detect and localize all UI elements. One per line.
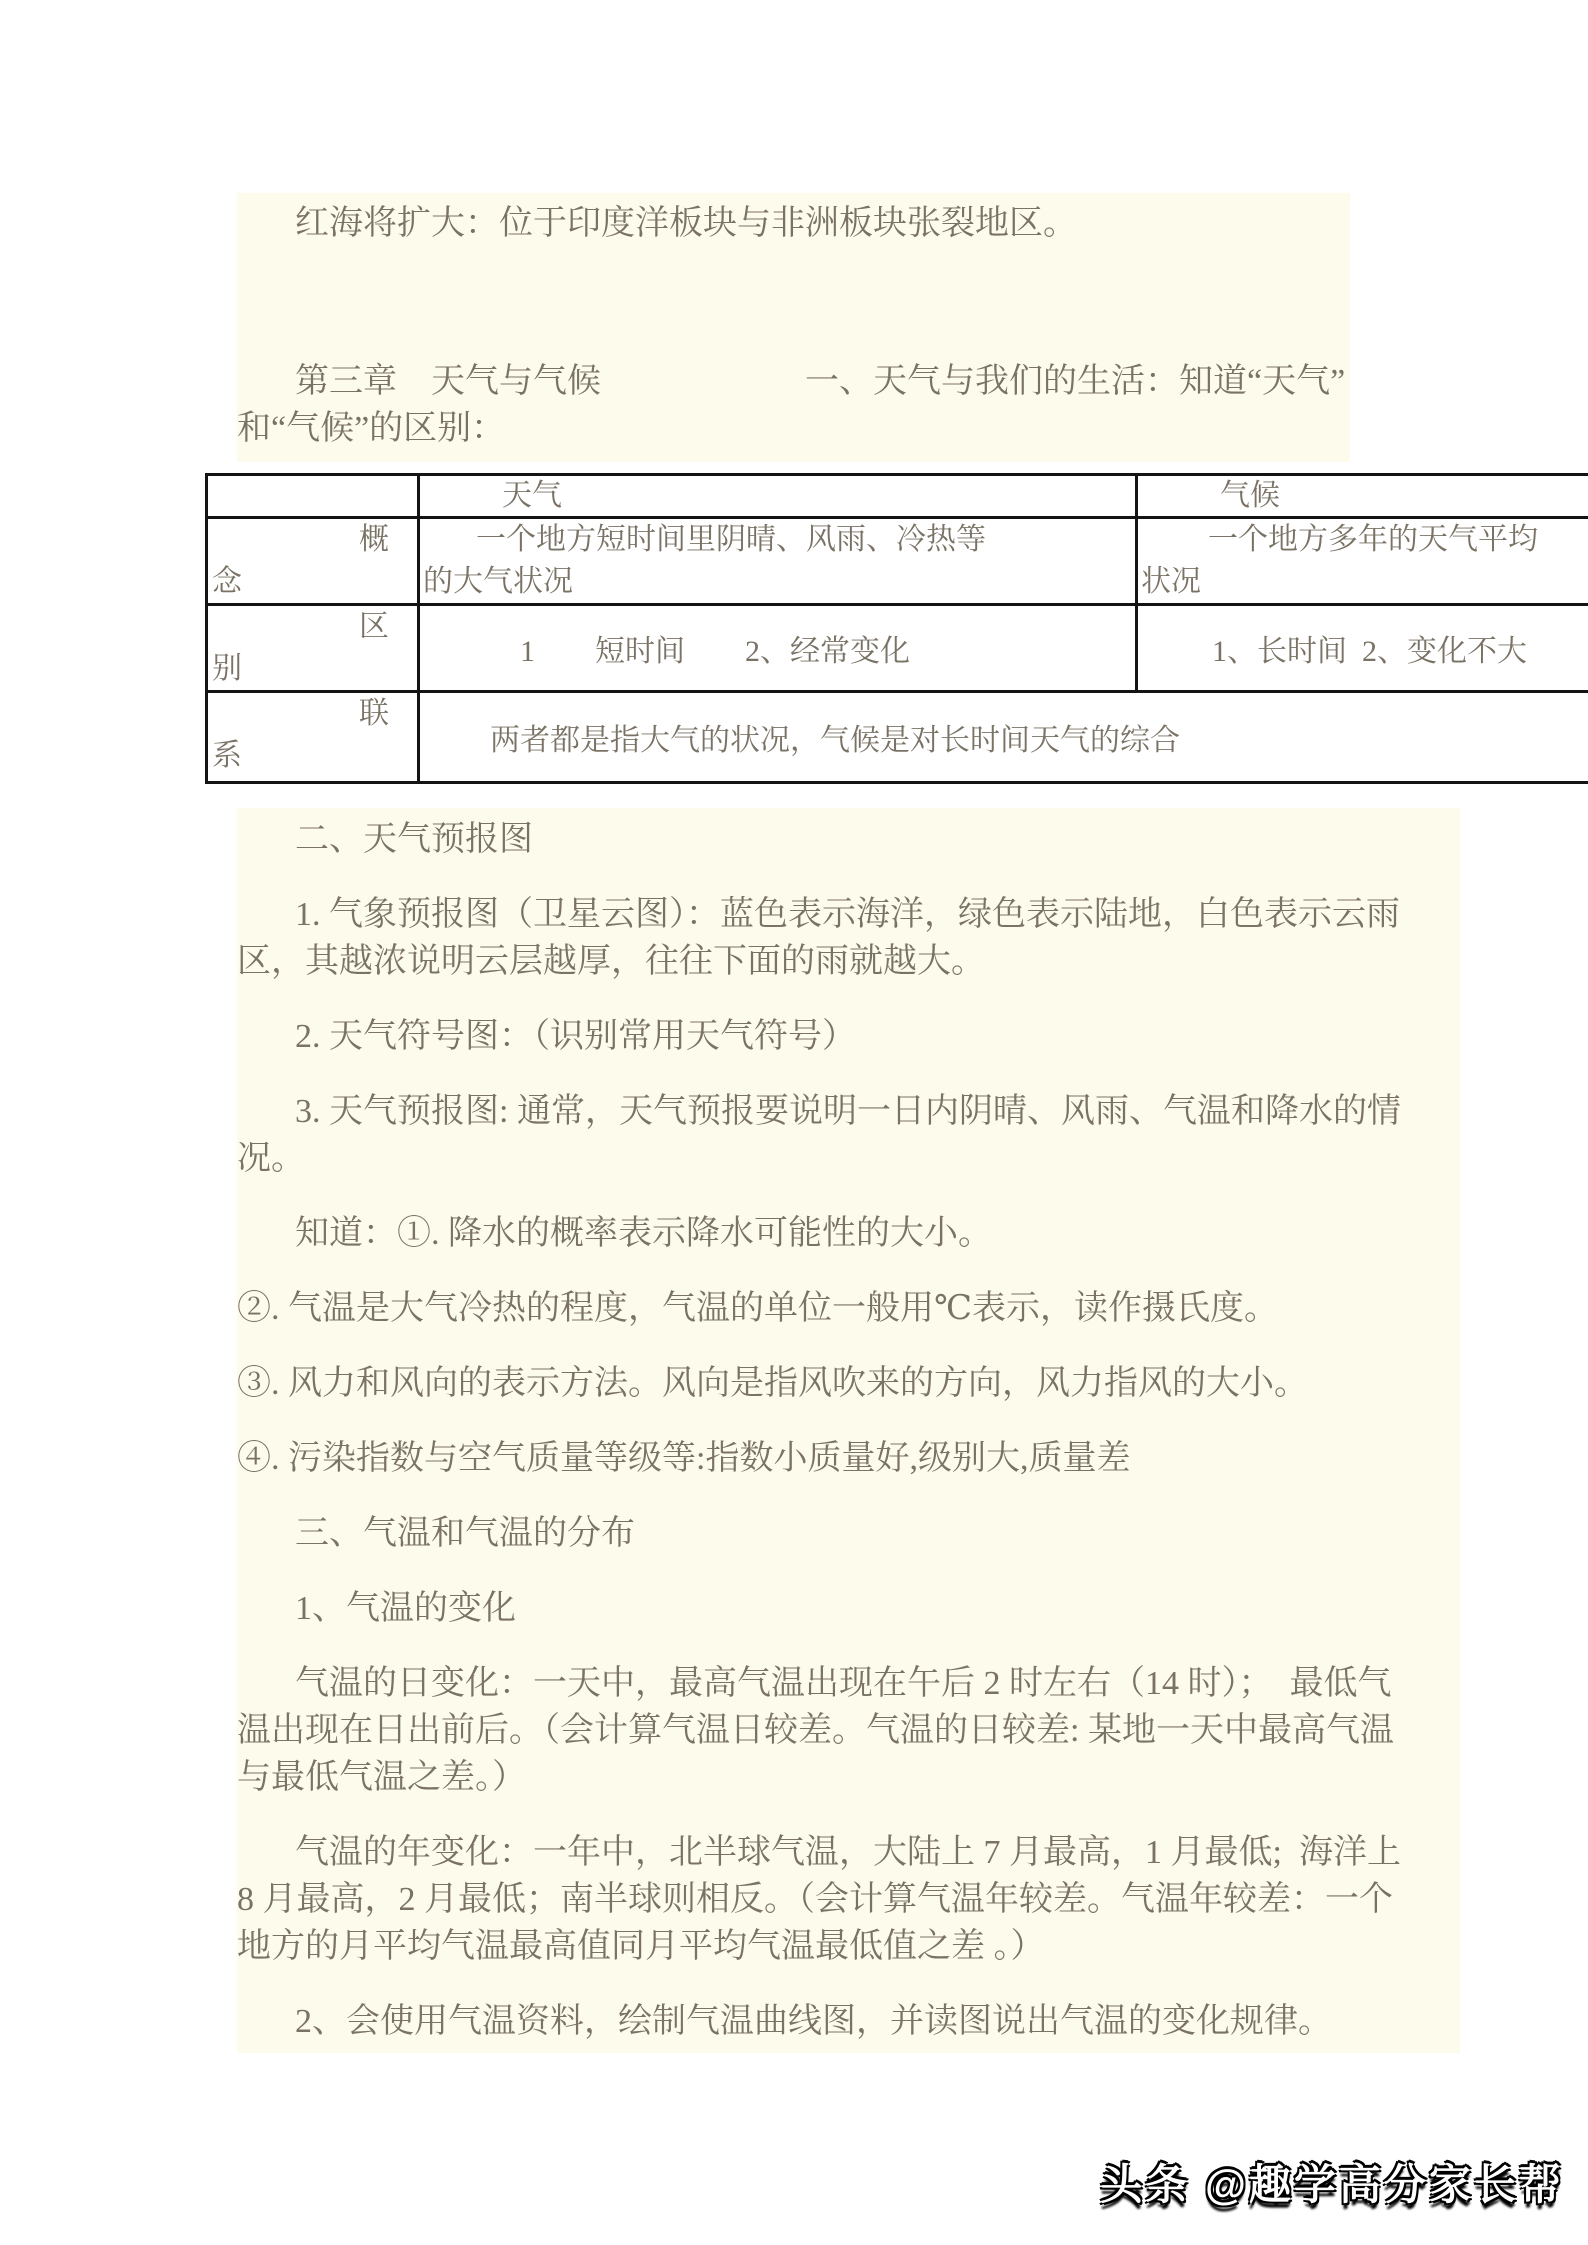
paragraph-red-sea: 红海将扩大：位于印度洋板块与非洲板块张裂地区。 [237, 200, 1350, 247]
paragraph-daily-temperature-line1: 气温的日变化：一天中，最高气温出现在午后 2 时左右（14 时）； 最低气 [237, 1660, 1460, 1707]
header-climate-cell: 气候 [1137, 475, 1588, 518]
concept-weather-line2: 的大气状况 [420, 561, 1135, 603]
table-row-difference: 区 别 1 短时间 2、经常变化 1、长时间 2、变化不大 [207, 605, 1588, 692]
paragraph-annual-temperature-line2: 8 月最高，2 月最低；南半球则相反。（会计算气温年较差。气温年较差：一个 [237, 1876, 1460, 1923]
weather-climate-table: 天气 气候 概 念 一个地方短时间里阴晴、风雨、冷热等 的大气状况 一个地方多年… [205, 473, 1588, 784]
paragraph-annual-temperature-line1: 气温的年变化：一年中，北半球气温，大陆上 7 月最高，1 月最低; 海洋上 [237, 1829, 1460, 1876]
concept-label-line2: 念 [208, 561, 417, 603]
chapter-heading-line1: 第三章 天气与气候 一、天气与我们的生活：知道“天气” [237, 358, 1350, 405]
relation-label-line2: 系 [208, 735, 417, 777]
paragraph-satellite-map-line1: 1. 气象预报图（卫星云图）：蓝色表示海洋，绿色表示陆地，白色表示云雨 [237, 891, 1460, 938]
concept-label-cell: 概 念 [207, 518, 419, 605]
paragraph-daily-temperature: 气温的日变化：一天中，最高气温出现在午后 2 时左右（14 时）； 最低气 温出… [237, 1660, 1460, 1801]
paragraph-know-3-wind: ③. 风力和风向的表示方法。风向是指风吹来的方向，风力指风的大小。 [237, 1360, 1460, 1407]
paragraph-temperature-change-heading: 1、气温的变化 [237, 1585, 1460, 1632]
paragraph-forecast-chart-line2: 况。 [237, 1135, 1460, 1182]
paragraph-satellite-map-line2: 区，其越浓说明云层越厚，往往下面的雨就越大。 [237, 938, 1460, 985]
paragraph-know-1-precipitation: 知道：①. 降水的概率表示降水可能性的大小。 [237, 1210, 1460, 1257]
watermark-toutiao: 头条 @趣学高分家长帮 [1100, 2152, 1564, 2212]
concept-label-line1: 概 [208, 519, 417, 561]
table-header-row: 天气 气候 [207, 475, 1588, 518]
table-row-relation: 联 系 两者都是指大气的状况，气候是对长时间天气的综合 [207, 692, 1588, 783]
paragraph-annual-temperature: 气温的年变化：一年中，北半球气温，大陆上 7 月最高，1 月最低; 海洋上 8 … [237, 1829, 1460, 1970]
concept-climate-cell: 一个地方多年的天气平均 状况 [1137, 518, 1588, 605]
paragraph-forecast-chart-line1: 3. 天气预报图: 通常，天气预报要说明一日内阴晴、风雨、气温和降水的情 [237, 1088, 1460, 1135]
section-heading-forecast-map: 二、天气预报图 [237, 816, 1460, 863]
paragraph-annual-temperature-line3: 地方的月平均气温最高值同月平均气温最低值之差 。） [237, 1923, 1460, 1970]
difference-weather-cell: 1 短时间 2、经常变化 [419, 605, 1137, 692]
concept-climate-line2: 状况 [1138, 561, 1588, 603]
relation-merged-cell: 两者都是指大气的状况，气候是对长时间天气的综合 [419, 692, 1588, 783]
paragraph-forecast-chart: 3. 天气预报图: 通常，天气预报要说明一日内阴晴、风雨、气温和降水的情 况。 [237, 1088, 1460, 1182]
concept-climate-line1: 一个地方多年的天气平均 [1138, 519, 1588, 561]
difference-label-line1: 区 [208, 606, 417, 648]
paragraph-temperature-curve: 2、会使用气温资料，绘制气温曲线图，并读图说出气温的变化规律。 [237, 1998, 1460, 2045]
difference-climate-cell: 1、长时间 2、变化不大 [1137, 605, 1588, 692]
difference-label-cell: 区 别 [207, 605, 419, 692]
paragraph-weather-symbols: 2. 天气符号图：（识别常用天气符号） [237, 1013, 1460, 1060]
concept-weather-line1: 一个地方短时间里阴晴、风雨、冷热等 [420, 519, 1135, 561]
paragraph-daily-temperature-line2: 温出现在日出前后。（会计算气温日较差。气温的日较差: 某地一天中最高气温 [237, 1707, 1460, 1754]
difference-label-line2: 别 [208, 648, 417, 690]
paragraph-daily-temperature-line3: 与最低气温之差。） [237, 1754, 1460, 1801]
intro-chapter-block: 红海将扩大：位于印度洋板块与非洲板块张裂地区。 第三章 天气与气候 一、天气与我… [237, 193, 1350, 462]
header-empty-cell [207, 475, 419, 518]
relation-label-cell: 联 系 [207, 692, 419, 783]
body-text-block: 二、天气预报图 1. 气象预报图（卫星云图）：蓝色表示海洋，绿色表示陆地，白色表… [237, 808, 1460, 2053]
paragraph-know-2-temperature: ②. 气温是大气冷热的程度，气温的单位一般用℃表示，读作摄氏度。 [237, 1285, 1460, 1332]
concept-weather-cell: 一个地方短时间里阴晴、风雨、冷热等 的大气状况 [419, 518, 1137, 605]
document-page: 红海将扩大：位于印度洋板块与非洲板块张裂地区。 第三章 天气与气候 一、天气与我… [0, 0, 1588, 2245]
chapter-heading-line2: 和“气候”的区别： [237, 405, 1350, 452]
relation-label-line1: 联 [208, 693, 417, 735]
header-weather-cell: 天气 [419, 475, 1137, 518]
table-row-concept: 概 念 一个地方短时间里阴晴、风雨、冷热等 的大气状况 一个地方多年的天气平均 … [207, 518, 1588, 605]
paragraph-satellite-map: 1. 气象预报图（卫星云图）：蓝色表示海洋，绿色表示陆地，白色表示云雨 区，其越… [237, 891, 1460, 985]
paragraph-know-4-pollution: ④. 污染指数与空气质量等级等:指数小质量好,级别大,质量差 [237, 1435, 1460, 1482]
section-heading-temperature: 三、气温和气温的分布 [237, 1510, 1460, 1557]
